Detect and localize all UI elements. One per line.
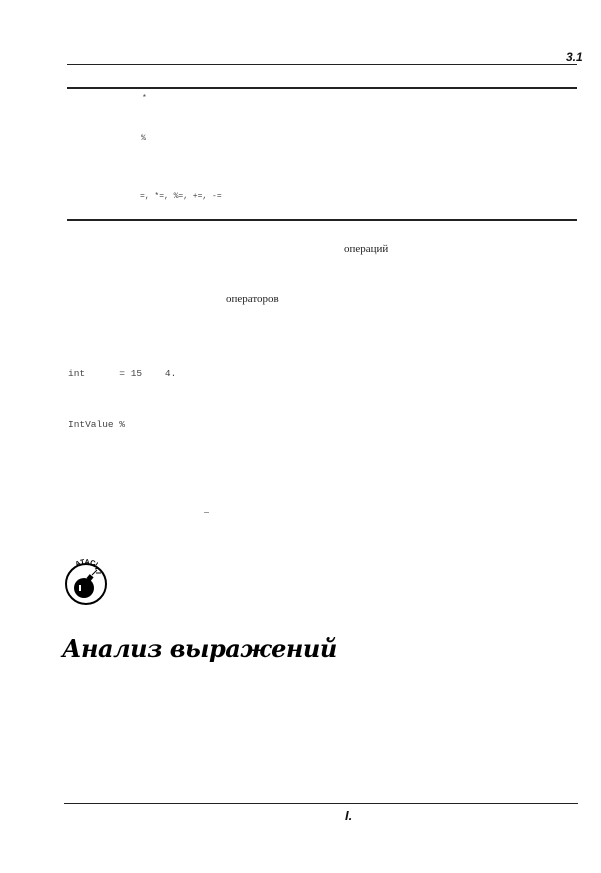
footer-rule [64,803,578,804]
chapter-number: 3.1 [566,50,583,64]
body-word-operations: операций [344,243,388,255]
section-heading: Анализ выражений [62,634,337,663]
table-bottom-rule [67,219,577,221]
warning-bomb-icon: ATAC! [61,556,111,606]
code-line-intvalue: IntValue % [68,419,125,430]
operator-multiply: * [142,94,147,103]
operator-modulo: % [141,134,146,143]
code-line-int: int = 15 4. [68,368,176,379]
body-word-operators: операторов [226,293,279,305]
header-rule-top [67,64,577,65]
stray-dash [204,512,209,513]
table-top-rule [67,87,577,89]
footer-page-mark: I. [345,808,352,823]
bomb-icon: ATAC! [61,556,111,606]
operator-assignment-list: =, *=, %=, +=, -= [140,192,222,201]
